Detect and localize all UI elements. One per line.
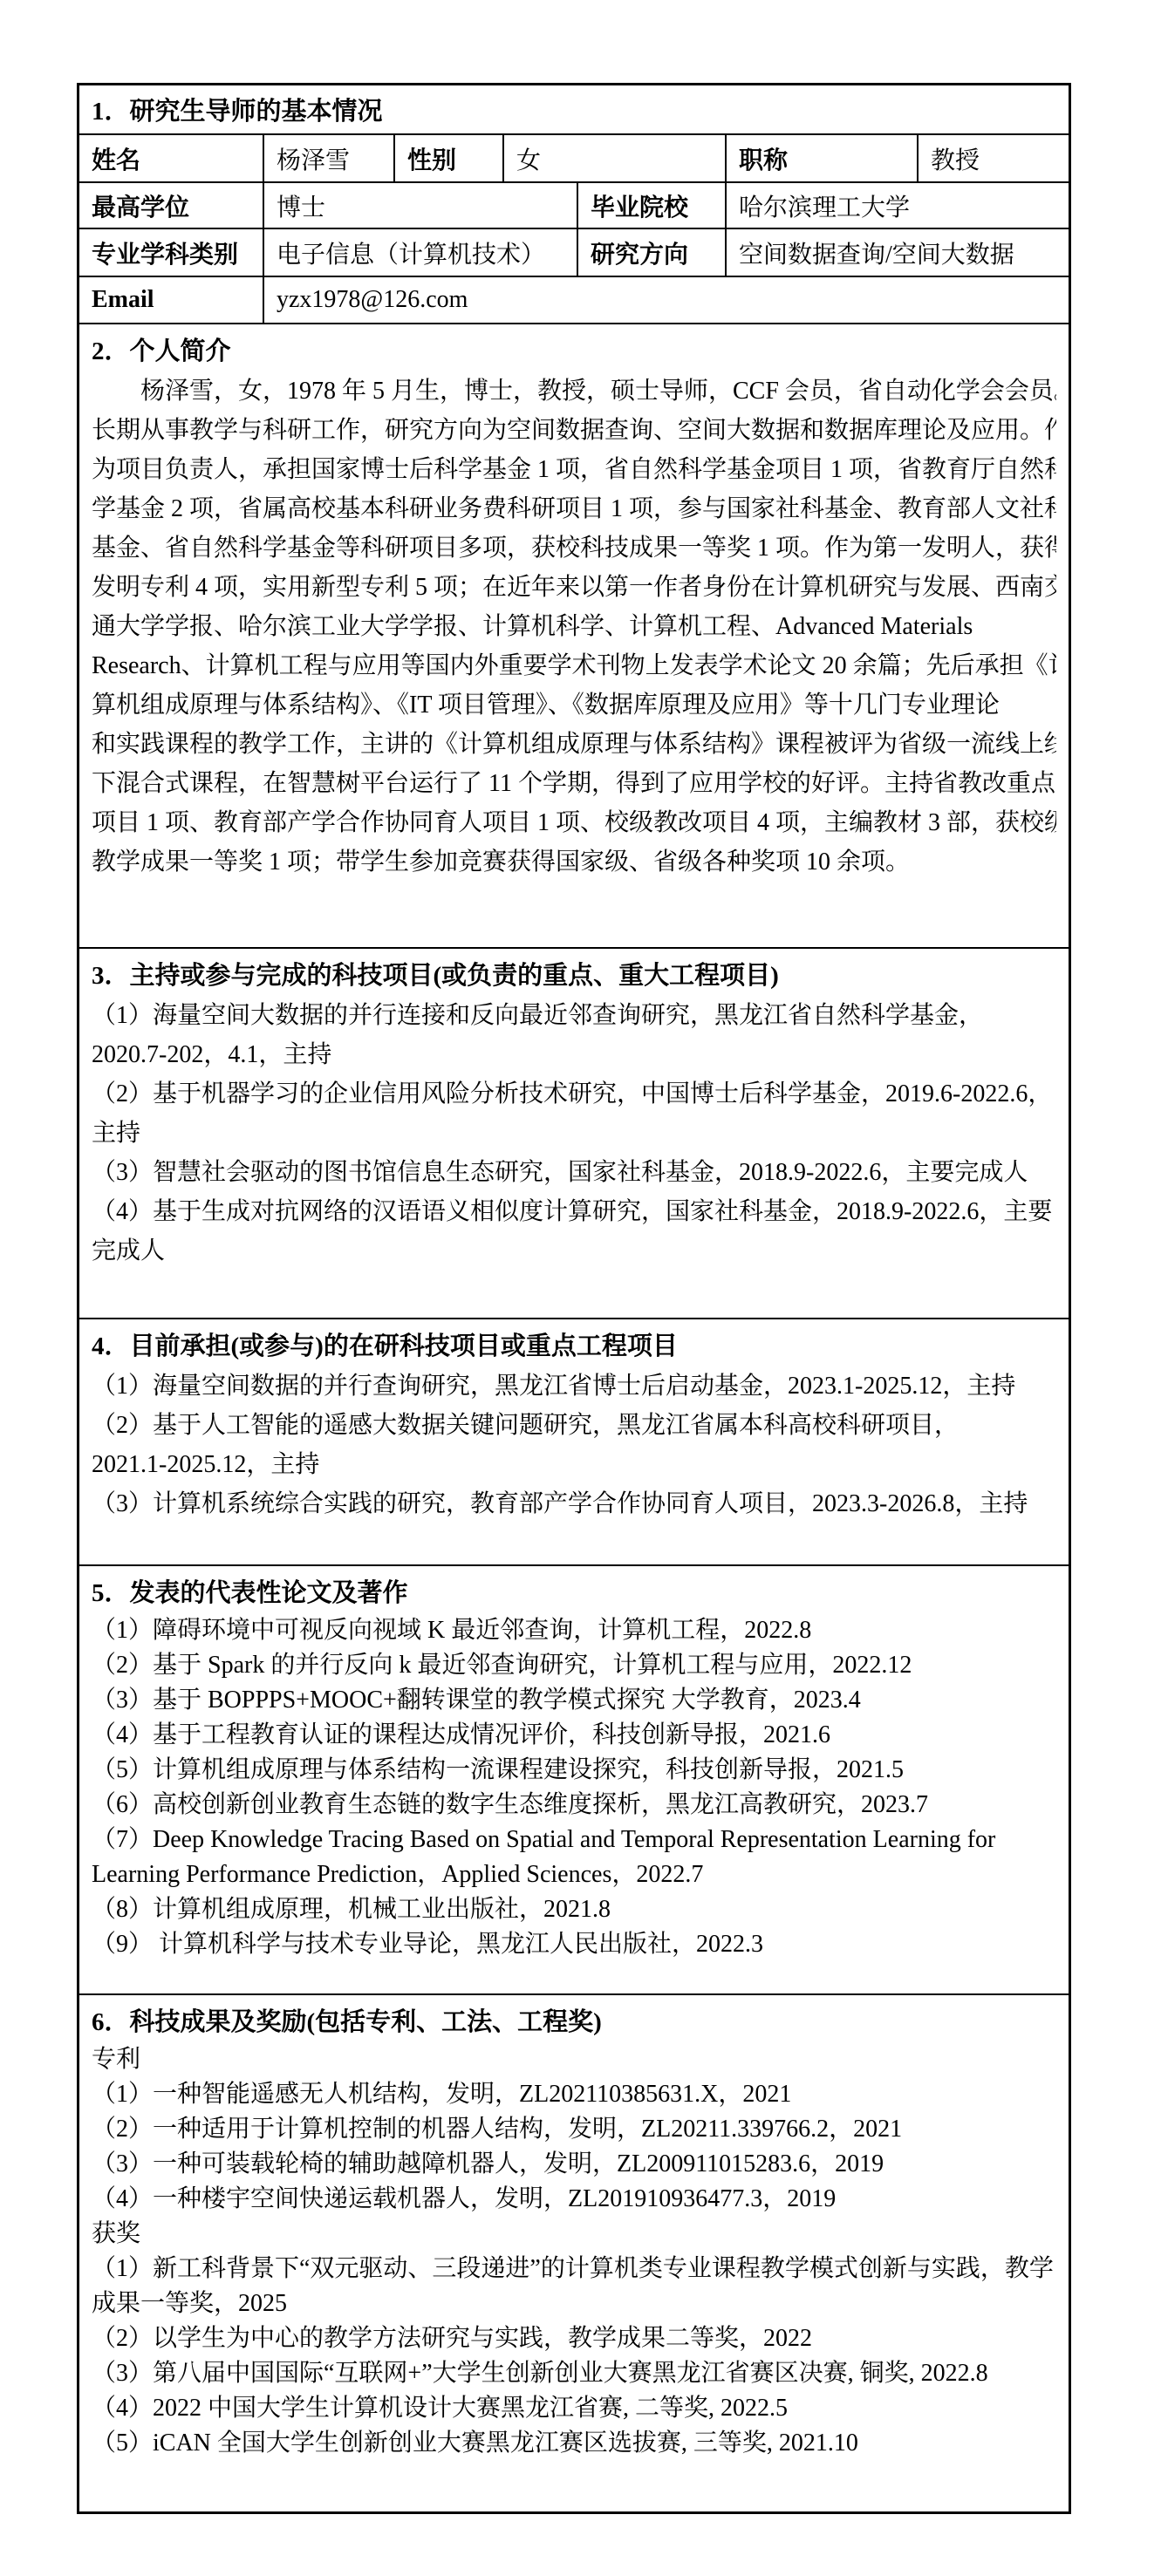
section-4-ongoing-projects: 4．目前承担(或参与)的在研科技项目或重点工程项目 （1）海量空间数据的并行查询… (79, 1318, 1069, 1564)
section-3-completed-projects: 3．主持或参与完成的科技项目(或负责的重点、重大工程项目) （1）海量空间大数据… (79, 947, 1069, 1318)
text-line: （6）高校创新创业教育生态链的数字生态维度探析，黑龙江高教研究，2023.7 (92, 1788, 1056, 1823)
basic-info-row-category: 专业学科类别 电子信息（计算机技术） 研究方向 空间数据查询/空间大数据 (79, 228, 1069, 276)
school-value: 哈尔滨理工大学 (725, 183, 1069, 228)
section-1-header-row: 1．研究生导师的基本情况 (79, 85, 1069, 133)
text-line: （2）基于机器学习的企业信用风险分析技术研究，中国博士后科学基金，2019.6-… (92, 1074, 1056, 1114)
text-line: 成果一等奖，2025 (92, 2286, 1056, 2321)
text-line: 完成人 (92, 1231, 1056, 1271)
category-value: 电子信息（计算机技术） (263, 229, 577, 276)
text-line: （1）海量空间数据的并行查询研究，黑龙江省博士后启动基金，2023.1-2025… (92, 1366, 1056, 1406)
basic-info-row-name: 姓名 杨泽雪 性别 女 职称 教授 (79, 133, 1069, 181)
section-5-text: （1）障碍环境中可视反向视域 K 最近邻查询，计算机工程，2022.8（2）基于… (92, 1613, 1056, 1962)
email-value: yzx1978@126.com (263, 277, 1069, 323)
section-1-title: 1．研究生导师的基本情况 (79, 85, 1069, 133)
text-line: （9） 计算机科学与技术专业导论，黑龙江人民出版社，2022.3 (92, 1927, 1056, 1962)
text-line: （2）基于人工智能的遥感大数据关键问题研究，黑龙江省属本科高校科研项目， (92, 1406, 1056, 1445)
text-line: （4）一种楼宇空间快递运载机器人，发明，ZL201910936477.3，201… (92, 2182, 1056, 2217)
section-4-title: 4．目前承担(或参与)的在研科技项目或重点工程项目 (92, 1326, 1056, 1366)
text-line: 通大学学报、哈尔滨工业大学学报、计算机科学、计算机工程、Advanced Mat… (92, 607, 1056, 646)
prof-title-label: 职称 (725, 135, 917, 181)
text-line: （3）智慧社会驱动的图书馆信息生态研究，国家社科基金，2018.9-2022.6… (92, 1153, 1056, 1192)
text-line: （1）新工科背景下“双元驱动、三段递进”的计算机类专业课程教学模式创新与实践，教… (92, 2252, 1056, 2286)
text-line: 获奖 (92, 2217, 1056, 2252)
direction-value: 空间数据查询/空间大数据 (725, 229, 1069, 276)
section-6-text: 专利（1）一种智能遥感无人机结构，发明，ZL202110385631.X，202… (92, 2042, 1056, 2461)
text-line: （3）计算机系统综合实践的研究，教育部产学合作协同育人项目，2023.3-202… (92, 1484, 1056, 1523)
section-2-text: 杨泽雪，女，1978 年 5 月生，博士，教授，硕士导师，CCF 会员，省自动化… (92, 371, 1056, 882)
text-line: 发明专利 4 项，实用新型专利 5 项；在近年来以第一作者身份在计算机研究与发展… (92, 568, 1056, 607)
name-value: 杨泽雪 (263, 135, 393, 181)
text-line: 2020.7-202，4.1，主持 (92, 1035, 1056, 1074)
text-line: 项目 1 项、教育部产学合作协同育人项目 1 项、校级教改项目 4 项，主编教材… (92, 803, 1056, 842)
degree-label: 最高学位 (79, 183, 263, 228)
text-line: （4）基于工程教育认证的课程达成情况评价，科技创新导报，2021.6 (92, 1718, 1056, 1753)
text-line: （1）障碍环境中可视反向视域 K 最近邻查询，计算机工程，2022.8 (92, 1613, 1056, 1648)
text-line: 主持 (92, 1114, 1056, 1153)
text-line: （1）海量空间大数据的并行连接和反向最近邻查询研究，黑龙江省自然科学基金， (92, 996, 1056, 1035)
section-2-profile: 2．个人简介 杨泽雪，女，1978 年 5 月生，博士，教授，硕士导师，CCF … (79, 323, 1069, 947)
text-line: 学基金 2 项，省属高校基本科研业务费科研项目 1 项，参与国家社科基金、教育部… (92, 489, 1056, 528)
text-line: Research、计算机工程与应用等国内外重要学术刊物上发表学术论文 20 余篇… (92, 646, 1056, 685)
school-label: 毕业院校 (577, 183, 725, 228)
text-line: （4）基于生成对抗网络的汉语语义相似度计算研究，国家社科基金，2018.9-20… (92, 1192, 1056, 1231)
text-line: （7）Deep Knowledge Tracing Based on Spati… (92, 1823, 1056, 1857)
section-6-achievements-awards: 6．科技成果及奖励(包括专利、工法、工程奖) 专利（1）一种智能遥感无人机结构，… (79, 1993, 1069, 2511)
text-line: 专利 (92, 2042, 1056, 2077)
gender-value: 女 (502, 135, 725, 181)
section-3-text: （1）海量空间大数据的并行连接和反向最近邻查询研究，黑龙江省自然科学基金，202… (92, 996, 1056, 1271)
section-5-title: 5．发表的代表性论文及著作 (92, 1573, 1056, 1613)
text-line: （3）第八届中国国际“互联网+”大学生创新创业大赛黑龙江省赛区决赛, 铜奖, 2… (92, 2356, 1056, 2391)
text-line: （3）一种可装载轮椅的辅助越障机器人，发明，ZL200911015283.6，2… (92, 2147, 1056, 2182)
section-4-text: （1）海量空间数据的并行查询研究，黑龙江省博士后启动基金，2023.1-2025… (92, 1366, 1056, 1523)
text-line: 2021.1-2025.12，主持 (92, 1445, 1056, 1484)
advisor-info-form: 1．研究生导师的基本情况 姓名 杨泽雪 性别 女 职称 教授 最高学位 博士 毕… (77, 83, 1071, 2514)
basic-info-row-degree: 最高学位 博士 毕业院校 哈尔滨理工大学 (79, 181, 1069, 228)
section-6-title: 6．科技成果及奖励(包括专利、工法、工程奖) (92, 2002, 1056, 2042)
text-line: （2）以学生为中心的教学方法研究与实践，教学成果二等奖，2022 (92, 2321, 1056, 2356)
text-line: 基金、省自然科学基金等科研项目多项，获校科技成果一等奖 1 项。作为第一发明人，… (92, 528, 1056, 568)
email-label: Email (79, 277, 263, 323)
direction-label: 研究方向 (577, 229, 725, 276)
text-line: 杨泽雪，女，1978 年 5 月生，博士，教授，硕士导师，CCF 会员，省自动化… (92, 371, 1056, 411)
text-line: （4）2022 中国大学生计算机设计大赛黑龙江省赛, 二等奖, 2022.5 (92, 2391, 1056, 2426)
text-line: （3）基于 BOPPPS+MOOC+翻转课堂的教学模式探究 大学教育，2023.… (92, 1683, 1056, 1718)
gender-label: 性别 (393, 135, 502, 181)
category-label: 专业学科类别 (79, 229, 263, 276)
text-line: （5）iCAN 全国大学生创新创业大赛黑龙江赛区选拔赛, 三等奖, 2021.1… (92, 2426, 1056, 2461)
text-line: 长期从事教学与科研工作，研究方向为空间数据查询、空间大数据和数据库理论及应用。作 (92, 411, 1056, 450)
text-line: （2）一种适用于计算机控制的机器人结构，发明，ZL20211.339766.2，… (92, 2112, 1056, 2147)
text-line: Learning Performance Prediction，Applied … (92, 1857, 1056, 1892)
text-line: （8）计算机组成原理，机械工业出版社，2021.8 (92, 1892, 1056, 1927)
text-line: （2）基于 Spark 的并行反向 k 最近邻查询研究，计算机工程与应用，202… (92, 1648, 1056, 1683)
prof-title-value: 教授 (917, 135, 1069, 181)
section-2-title: 2．个人简介 (92, 331, 1056, 371)
text-line: （1）一种智能遥感无人机结构，发明，ZL202110385631.X，2021 (92, 2077, 1056, 2112)
text-line: 下混合式课程，在智慧树平台运行了 11 个学期，得到了应用学校的好评。主持省教改… (92, 764, 1056, 803)
name-label: 姓名 (79, 135, 263, 181)
text-line: （5）计算机组成原理与体系结构一流课程建设探究，科技创新导报，2021.5 (92, 1753, 1056, 1788)
section-3-title: 3．主持或参与完成的科技项目(或负责的重点、重大工程项目) (92, 956, 1056, 996)
basic-info-row-email: Email yzx1978@126.com (79, 276, 1069, 323)
text-line: 教学成果一等奖 1 项；带学生参加竞赛获得国家级、省级各种奖项 10 余项。 (92, 842, 1056, 882)
section-5-publications: 5．发表的代表性论文及著作 （1）障碍环境中可视反向视域 K 最近邻查询，计算机… (79, 1564, 1069, 1993)
text-line: 和实践课程的教学工作，主讲的《计算机组成原理与体系结构》课程被评为省级一流线上线 (92, 725, 1056, 764)
text-line: 算机组成原理与体系结构》、《IT 项目管理》、《数据库原理及应用》等十几门专业理… (92, 685, 1056, 725)
text-line: 为项目负责人，承担国家博士后科学基金 1 项，省自然科学基金项目 1 项，省教育… (92, 450, 1056, 489)
degree-value: 博士 (263, 183, 577, 228)
